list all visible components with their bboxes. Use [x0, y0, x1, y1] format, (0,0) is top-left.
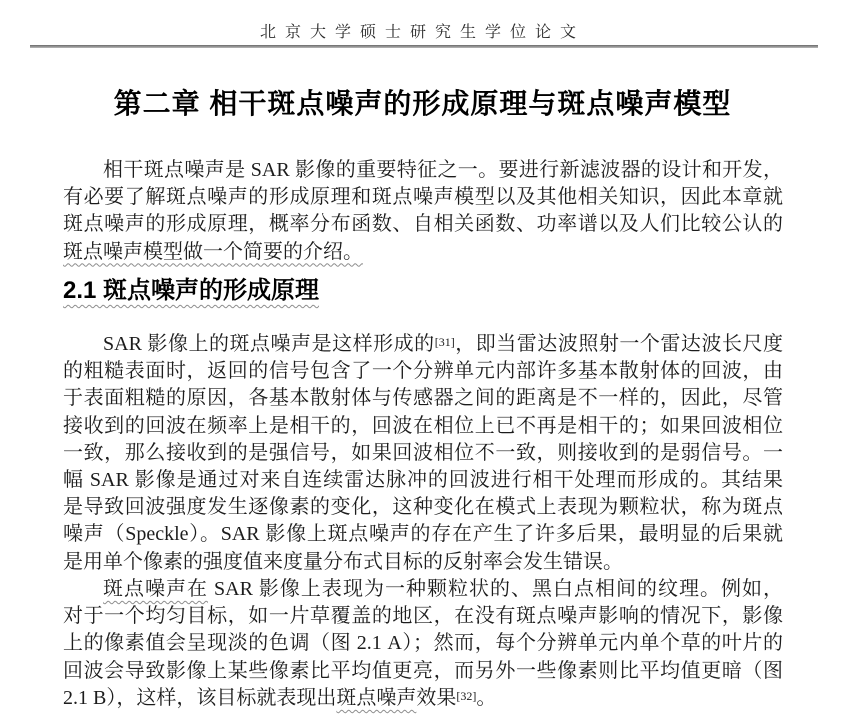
text-line: 是用单个像素的强度值来度量分布式目标的反射率会发生错误。	[63, 549, 783, 576]
paragraph-appearance: 斑点噪声在 SAR 影像上表现为一种颗粒状的、黑白点相间的纹理。例如， 对于一个…	[63, 576, 783, 712]
text-line: 斑点噪声模型做一个简要的介绍。	[63, 239, 783, 266]
text-line: 有必要了解斑点噪声的形成原理和斑点噪声模型以及其他相关知识，因此本章就	[63, 184, 783, 211]
text-line: 的粗糙表面时，返回的信号包含了一个分辨单元内部许多基本散射体的回波，由	[63, 358, 783, 385]
wavy-underlined-text: 斑点噪声模型做一个简要的介绍。	[63, 241, 363, 263]
text-segment: 2.1 B），这样，该目标就表现出	[63, 687, 336, 709]
text-line: 于表面粗糙的原因，各基本散射体与传感器之间的距离是不一样的，因此，尽管	[63, 385, 783, 412]
text-segment: SAR 影像上的斑点噪声是这样形成的	[103, 333, 435, 355]
thesis-page: 北京大学硕士研究生学位论文 第二章 相干斑点噪声的形成原理与斑点噪声模型 相干斑…	[0, 0, 845, 726]
citation-ref: [31]	[435, 335, 455, 349]
text-line: 一致，那么接收到的是强信号，如果回波相位不一致，则接收到的是弱信号。一	[63, 440, 783, 467]
document-body: 相干斑点噪声是 SAR 影像的重要特征之一。要进行新滤波器的设计和开发， 有必要…	[63, 0, 783, 726]
text-segment: ，即当雷达波照射一个雷达波长尺度	[455, 333, 783, 355]
text-line: 噪声（Speckle）。SAR 影像上斑点噪声的存在产生了许多后果，最明显的后果…	[63, 521, 783, 548]
text-line: 回波会导致影像上某些像素比平均值更亮，而另外一些像素则比平均值更暗（图	[63, 658, 783, 685]
text-line: 对于一个均匀目标，如一片草覆盖的地区，在没有斑点噪声影响的情况下，影像	[63, 603, 783, 630]
text-segment: 。	[476, 687, 496, 709]
text-segment: 效果	[416, 687, 456, 709]
section-heading-text: 2.1 斑点噪声的形成原理	[63, 277, 319, 304]
paragraph-formation: SAR 影像上的斑点噪声是这样形成的[31]，即当雷达波照射一个雷达波长尺度 的…	[63, 331, 783, 576]
wavy-underlined-text: 斑点噪声在	[103, 578, 208, 600]
text-line: 2.1 B），这样，该目标就表现出斑点噪声效果[32]。	[63, 685, 783, 712]
text-line: 接收到的回波在频率上是相干的，回波在相位上已不再是相干的；如果回波相位	[63, 413, 783, 440]
text-line: 上的像素值会呈现淡的色调（图 2.1 A）；然而，每个分辨单元内单个草的叶片的	[63, 630, 783, 657]
paragraph-intro: 相干斑点噪声是 SAR 影像的重要特征之一。要进行新滤波器的设计和开发， 有必要…	[63, 157, 783, 266]
text-line: SAR 影像上的斑点噪声是这样形成的[31]，即当雷达波照射一个雷达波长尺度	[63, 331, 783, 358]
text-segment: SAR 影像上表现为一种颗粒状的、黑白点相间的纹理。例如，	[208, 578, 783, 600]
citation-ref: [32]	[456, 689, 476, 703]
text-line: 相干斑点噪声是 SAR 影像的重要特征之一。要进行新滤波器的设计和开发，	[63, 157, 783, 184]
text-line: 斑点噪声的形成原理，概率分布函数、自相关函数、功率谱以及人们比较公认的	[63, 211, 783, 238]
wavy-underlined-text: 斑点噪声	[336, 687, 416, 709]
text-line: 斑点噪声在 SAR 影像上表现为一种颗粒状的、黑白点相间的纹理。例如，	[63, 576, 783, 603]
section-heading: 2.1 斑点噪声的形成原理	[63, 276, 319, 306]
text-line: 是导致回波强度发生逐像素的变化，这种变化在模式上表现为颗粒状，称为斑点	[63, 494, 783, 521]
text-line: 幅 SAR 影像是通过对来自连续雷达脉冲的回波进行相干处理而形成的。其结果	[63, 467, 783, 494]
